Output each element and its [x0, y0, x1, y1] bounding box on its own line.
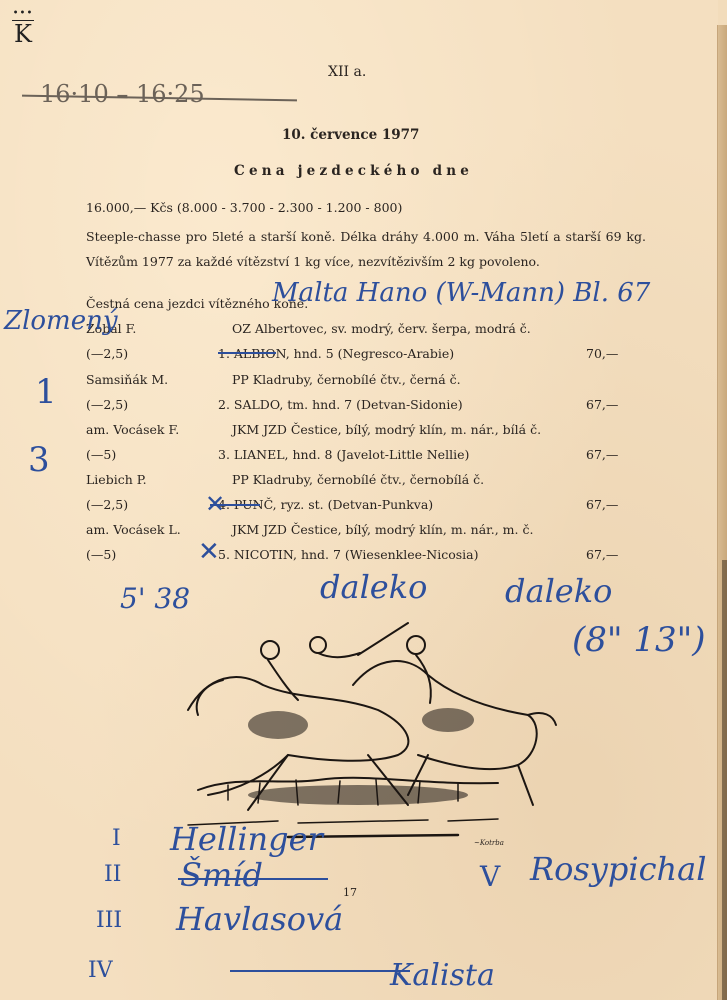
- entry-4-owner: PP Kladruby, černobílé čtv., černobílá č…: [232, 472, 484, 487]
- entry-5-owner: JKM JZD Čestice, bílý, modrý klín, m. ná…: [232, 522, 533, 537]
- pen-distance-note-2: daleko: [505, 572, 612, 610]
- prize-money: 16.000,— Kčs (8.000 - 3.700 - 2.300 - 1.…: [86, 200, 402, 215]
- result-place-1: I: [112, 826, 121, 851]
- pen-strike-albion-number: [218, 352, 276, 354]
- paper-edge-shadow: [722, 560, 727, 1000]
- race-date: 10. července 1977: [282, 127, 419, 143]
- result-name-2: Šmíd: [180, 856, 263, 894]
- result-place-4: IV: [88, 958, 113, 983]
- entry-4-jockey: Liebich P.: [86, 472, 147, 487]
- pencil-time-range: 16·10 – 16·25: [40, 80, 205, 108]
- entry-2-owner: PP Kladruby, černobílé čtv., černá č.: [232, 372, 461, 387]
- entry-1-owner: OZ Albertovec, sv. modrý, červ. šerpa, m…: [232, 321, 531, 336]
- result-place-3: III: [96, 908, 122, 933]
- entry-2-allowance: (—2,5): [86, 397, 128, 412]
- entry-3-owner: JKM JZD Čestice, bílý, modrý klín, m. ná…: [232, 422, 541, 437]
- pen-honor-note: Malta Hano (W-Mann) Bl. 67: [272, 278, 650, 308]
- pen-time-note: (8" 13"): [572, 620, 706, 660]
- entry-5-allowance: (—5): [86, 547, 116, 562]
- pen-mark-3: 3: [28, 440, 50, 480]
- result-place-2: II: [104, 862, 121, 887]
- entry-2-weight: 67,—: [586, 397, 618, 412]
- pen-mark-1: 1: [35, 372, 57, 412]
- entry-5-weight: 67,—: [586, 547, 618, 562]
- entry-3-allowance: (—5): [86, 447, 116, 462]
- pen-finish-time: 5' 38: [120, 582, 190, 615]
- page-number: 17: [343, 886, 357, 899]
- result-name-1: Hellinger: [170, 820, 323, 858]
- entry-3-horse: 3. LIANEL, hnd. 8 (Javelot-Little Nellie…: [218, 447, 469, 462]
- entry-5-jockey: am. Vocásek L.: [86, 522, 181, 537]
- pen-distance-note-1: daleko: [320, 568, 427, 606]
- entry-2-jockey: Samsiňák M.: [86, 372, 168, 387]
- pen-left-note: Zlomený: [4, 306, 118, 336]
- logo-k-icon: K: [12, 21, 34, 47]
- race-title: Cena jezdeckého dne: [234, 163, 473, 179]
- result-name-4: Kalista: [390, 958, 495, 993]
- result-name-5: Rosypichal: [530, 850, 706, 888]
- entry-1-horse: 1. ALBION, hnd. 5 (Negresco-Arabie): [218, 346, 454, 361]
- entry-3-weight: 67,—: [586, 447, 618, 462]
- entry-1-allowance: (—2,5): [86, 346, 128, 361]
- pen-strike-punc: [210, 504, 260, 506]
- result-place-5: V: [480, 860, 500, 893]
- section-number: XII a.: [328, 64, 366, 80]
- entry-4-weight: 67,—: [586, 497, 618, 512]
- pen-strike-result-4: [230, 970, 410, 972]
- race-conditions: Steeple-chasse pro 5leté a starší koně. …: [86, 224, 646, 274]
- pen-strike-result-2: [178, 878, 328, 880]
- steeplechase-illustration-icon: [168, 615, 558, 840]
- entry-4-allowance: (—2,5): [86, 497, 128, 512]
- pen-cross-nicotin: ✕: [198, 537, 220, 567]
- archive-logo: ••• K: [12, 10, 34, 47]
- entry-1-weight: 70,—: [586, 346, 618, 361]
- entry-2-horse: 2. SALDO, tm. hnd. 7 (Detvan-Sidonie): [218, 397, 463, 412]
- entry-3-jockey: am. Vocásek F.: [86, 422, 179, 437]
- result-name-3: Havlasová: [176, 900, 343, 938]
- artist-signature: ~Kotrba: [474, 839, 504, 847]
- entry-5-horse: 5. NICOTIN, hnd. 7 (Wiesenklee-Nicosia): [218, 547, 478, 562]
